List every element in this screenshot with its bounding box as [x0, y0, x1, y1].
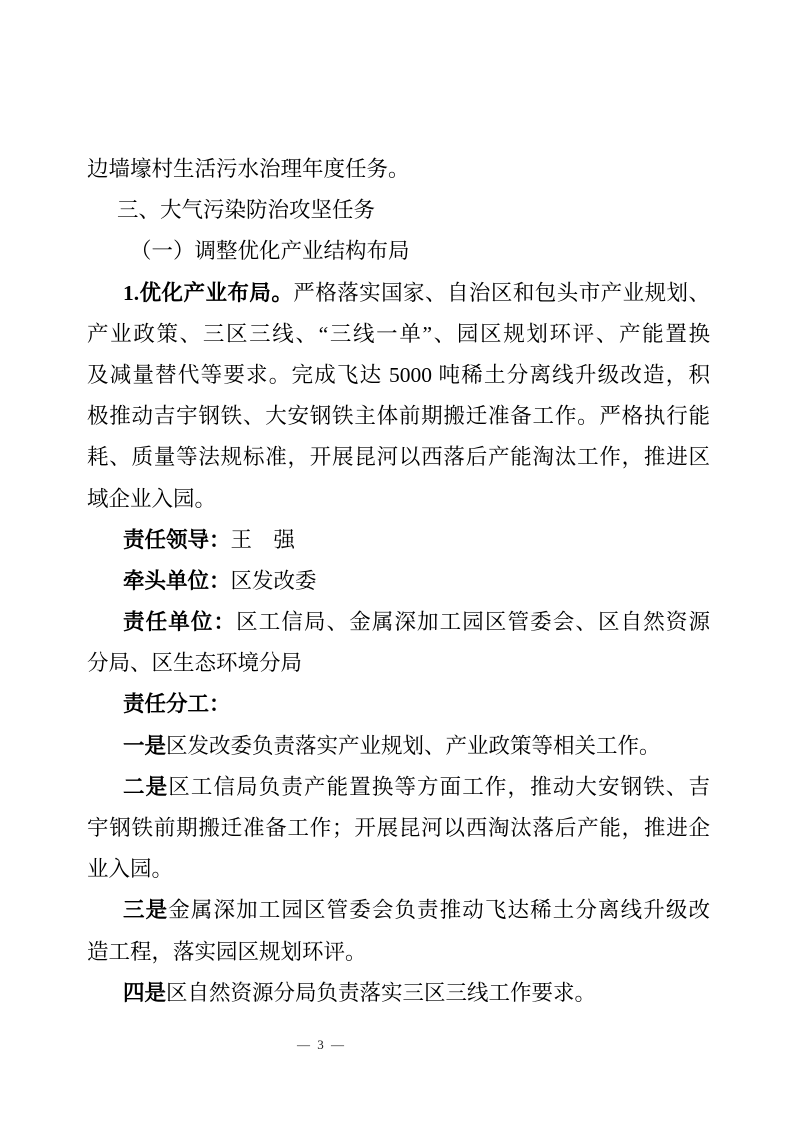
- heading-subsection-one: （一）调整优化产业结构布局: [87, 231, 710, 272]
- document-body: 边墙壕村生活污水治理年度任务。三、大气污染防治攻坚任务（一）调整优化产业结构布局…: [87, 149, 710, 1014]
- page-number: — 3 —: [297, 1036, 346, 1053]
- text-run: 域企业入园。: [87, 487, 216, 511]
- text-line: 责任分工：: [87, 684, 710, 725]
- text-line: 造工程，落实园区规划环评。: [87, 932, 710, 973]
- text-line: 及减量替代等要求。完成飞达 5000 吨稀土分离线升级改造，积: [87, 355, 710, 396]
- text-run: 区工信局负责产能置换等方面工作，推动大安钢铁、吉: [168, 775, 710, 799]
- text-line: 产业政策、三区三线、“三线一单”、园区规划环评、产能置换: [87, 314, 710, 355]
- bold-text-run: 四是: [123, 981, 166, 1005]
- text-run: 边墙壕村生活污水治理年度任务。: [87, 157, 410, 181]
- text-line: 二是区工信局负责产能置换等方面工作，推动大安钢铁、吉: [87, 767, 710, 808]
- text-line: 分局、区生态环境分局: [87, 643, 710, 684]
- para-duty-2: 二是区工信局负责产能置换等方面工作，推动大安钢铁、吉宇钢铁前期搬迁准备工作；开展…: [87, 767, 710, 891]
- para-responsible-leader: 责任领导：王 强: [87, 520, 710, 561]
- para-duty-1: 一是区发改委负责落实产业规划、产业政策等相关工作。: [87, 726, 710, 767]
- text-run: 耗、质量等法规标准，开展昆河以西落后产能淘汰工作，推进区: [87, 445, 710, 469]
- text-line: 极推动吉宇钢铁、大安钢铁主体前期搬迁准备工作。严格执行能: [87, 396, 710, 437]
- text-run: 极推动吉宇钢铁、大安钢铁主体前期搬迁准备工作。严格执行能: [87, 404, 710, 428]
- text-run: （一）调整优化产业结构布局: [130, 239, 410, 263]
- text-run: 区发改委负责落实产业规划、产业政策等相关工作。: [166, 734, 661, 758]
- text-line: （一）调整优化产业结构布局: [87, 231, 710, 272]
- text-line: 耗、质量等法规标准，开展昆河以西落后产能淘汰工作，推进区: [87, 437, 710, 478]
- text-line: 三、大气污染防治攻坚任务: [87, 190, 710, 231]
- para-lead-unit: 牵头单位：区发改委: [87, 561, 710, 602]
- text-run: 宇钢铁前期搬迁准备工作；开展昆河以西淘汰落后产能，推进企: [87, 816, 710, 840]
- text-run: 三、大气污染防治攻坚任务: [117, 198, 375, 222]
- text-line: 业入园。: [87, 849, 710, 890]
- text-run: 业入园。: [87, 857, 173, 881]
- bold-text-run: 三是: [123, 898, 168, 922]
- bold-text-run: 1.优化产业布局。: [123, 281, 293, 305]
- text-line: 牵头单位：区发改委: [87, 561, 710, 602]
- bold-text-run: 责任单位：: [123, 610, 236, 634]
- bold-text-run: 责任分工：: [123, 692, 231, 716]
- para-previous-page-continuation: 边墙壕村生活污水治理年度任务。: [87, 149, 710, 190]
- text-run: 及减量替代等要求。完成飞达 5000 吨稀土分离线升级改造，积: [87, 363, 710, 387]
- text-line: 四是区自然资源分局负责落实三区三线工作要求。: [87, 973, 710, 1014]
- para-task-1-optimize-industry-layout: 1.优化产业布局。严格落实国家、自治区和包头市产业规划、产业政策、三区三线、“三…: [87, 273, 710, 520]
- text-run: 区自然资源分局负责落实三区三线工作要求。: [166, 981, 596, 1005]
- para-duty-3: 三是金属深加工园区管委会负责推动飞达稀土分离线升级改造工程，落实园区规划环评。: [87, 890, 710, 972]
- text-run: 区工信局、金属深加工园区管委会、区自然资源: [236, 610, 710, 634]
- text-line: 责任单位：区工信局、金属深加工园区管委会、区自然资源: [87, 602, 710, 643]
- para-division-of-duties-label: 责任分工：: [87, 684, 710, 725]
- text-run: 区发改委: [231, 569, 317, 593]
- text-run: 造工程，落实园区规划环评。: [87, 940, 367, 964]
- bold-text-run: 牵头单位：: [123, 569, 231, 593]
- text-run: 金属深加工园区管委会负责推动飞达稀土分离线升级改: [168, 898, 710, 922]
- text-line: 责任领导：王 强: [87, 520, 710, 561]
- text-line: 边墙壕村生活污水治理年度任务。: [87, 149, 710, 190]
- text-run: 严格落实国家、自治区和包头市产业规划、: [293, 281, 710, 305]
- heading-section-three: 三、大气污染防治攻坚任务: [87, 190, 710, 231]
- text-run: 产业政策、三区三线、“三线一单”、园区规划环评、产能置换: [87, 322, 710, 346]
- text-line: 宇钢铁前期搬迁准备工作；开展昆河以西淘汰落后产能，推进企: [87, 808, 710, 849]
- text-line: 1.优化产业布局。严格落实国家、自治区和包头市产业规划、: [87, 273, 710, 314]
- text-line: 一是区发改委负责落实产业规划、产业政策等相关工作。: [87, 726, 710, 767]
- text-line: 三是金属深加工园区管委会负责推动飞达稀土分离线升级改: [87, 890, 710, 931]
- text-line: 域企业入园。: [87, 479, 710, 520]
- bold-text-run: 责任领导：: [123, 528, 231, 552]
- text-run: 分局、区生态环境分局: [87, 651, 302, 675]
- para-duty-4: 四是区自然资源分局负责落实三区三线工作要求。: [87, 973, 710, 1014]
- text-run: 王 强: [231, 528, 296, 552]
- bold-text-run: 二是: [123, 775, 168, 799]
- bold-text-run: 一是: [123, 734, 166, 758]
- para-responsible-units: 责任单位：区工信局、金属深加工园区管委会、区自然资源分局、区生态环境分局: [87, 602, 710, 684]
- document-page: 边墙壕村生活污水治理年度任务。三、大气污染防治攻坚任务（一）调整优化产业结构布局…: [0, 0, 793, 1122]
